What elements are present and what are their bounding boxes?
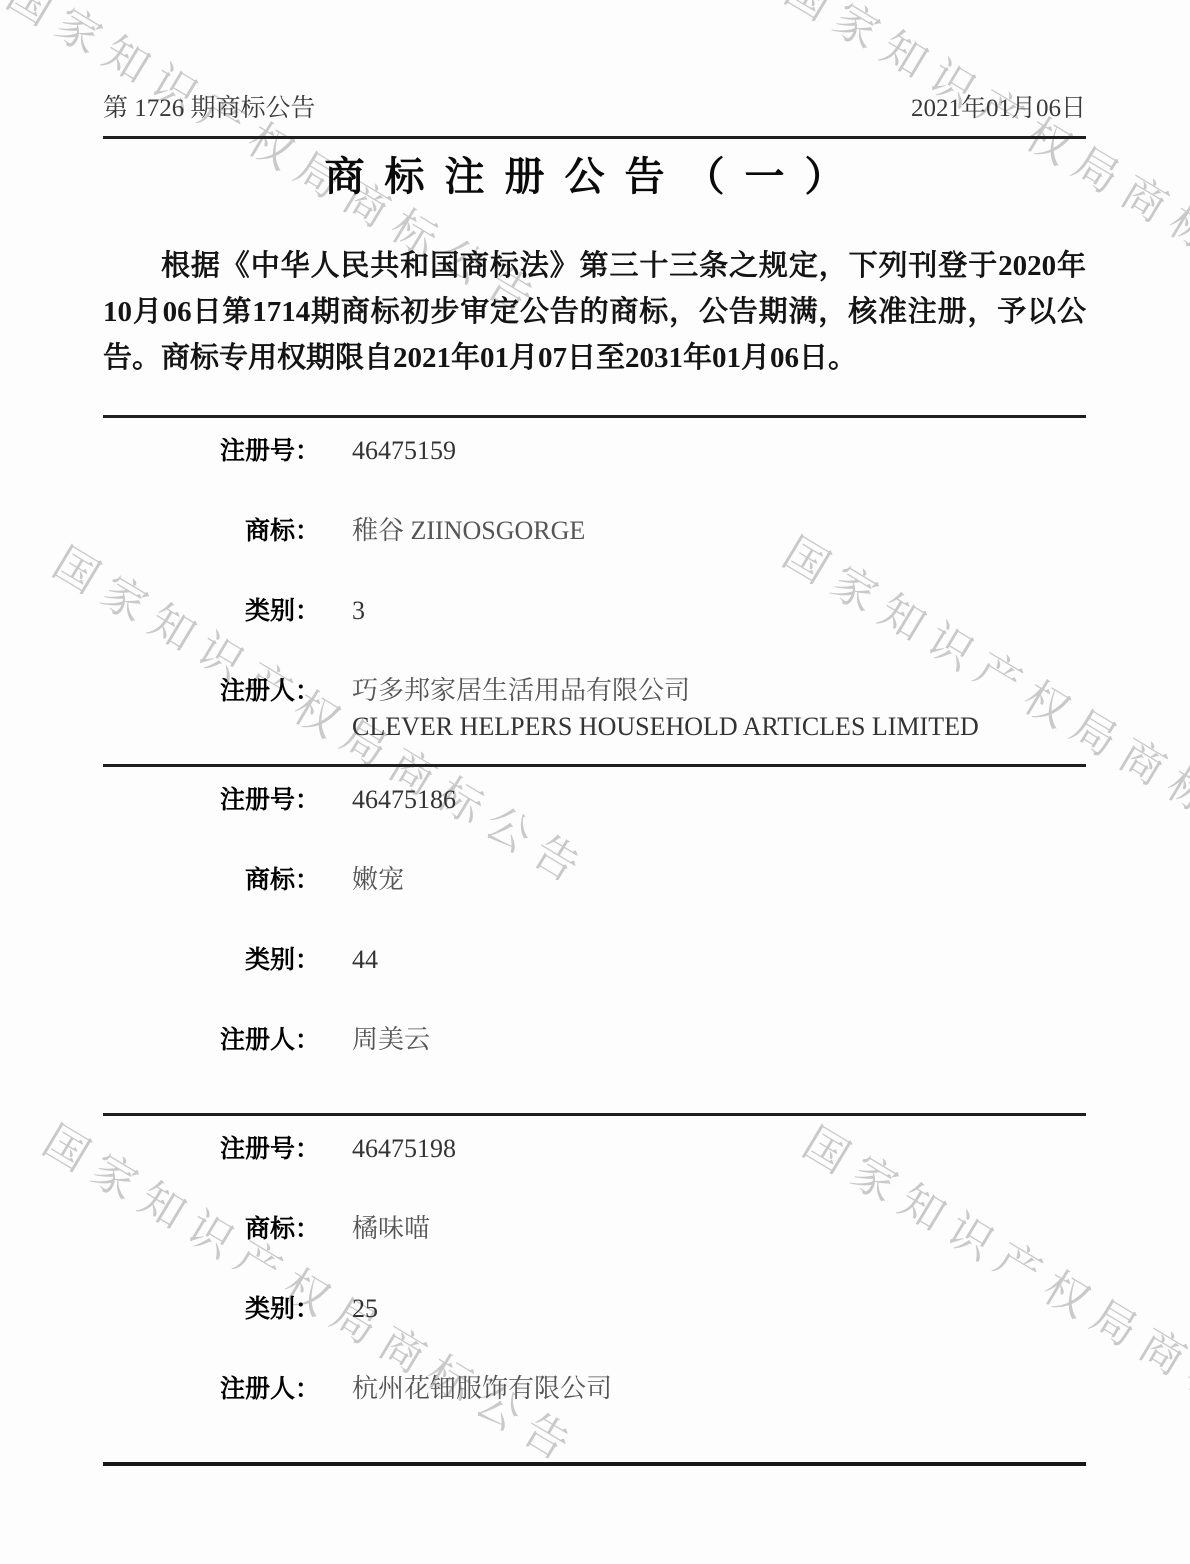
registrant-row: 注册人： 杭州花钿服饰有限公司 xyxy=(103,1372,1086,1462)
category-value: 25 xyxy=(352,1292,378,1372)
registrant-value: 周美云 xyxy=(352,1023,430,1113)
registration-number-label: 注册号： xyxy=(103,1132,320,1212)
registration-number-value: 46475198 xyxy=(352,1132,456,1212)
category-label: 类别： xyxy=(103,943,320,1023)
registration-number-label: 注册号： xyxy=(103,783,320,863)
header-rule xyxy=(103,136,1086,139)
issue-number: 第 1726 期商标公告 xyxy=(103,94,316,124)
registration-number-row: 注册号： 46475159 xyxy=(103,434,1086,514)
registration-number-value: 46475186 xyxy=(352,783,456,863)
category-value: 3 xyxy=(352,594,365,674)
category-label: 类别： xyxy=(103,594,320,674)
registration-number-row: 注册号： 46475198 xyxy=(103,1132,1086,1212)
registrant-label: 注册人： xyxy=(103,1023,320,1113)
trademark-row: 商标： 橘味喵 xyxy=(103,1212,1086,1292)
trademark-row: 商标： 稚谷 ZIINOSGORGE xyxy=(103,514,1086,594)
registrant-name-cn: 杭州花钿服饰有限公司 xyxy=(352,1372,612,1406)
intro-paragraph: 根据《中华人民共和国商标法》第三十三条之规定，下列刊登于2020年10月06日第… xyxy=(103,243,1086,381)
trademark-value: 稚谷 ZIINOSGORGE xyxy=(352,514,585,594)
page-content: 第 1726 期商标公告 2021年01月06日 商标注册公告（一） 根据《中华… xyxy=(103,0,1086,1466)
registration-number-row: 注册号： 46475186 xyxy=(103,783,1086,863)
trademark-entry: 注册号： 46475198 商标： 橘味喵 类别： 25 注册人： 杭州花钿服饰… xyxy=(103,1116,1086,1462)
trademark-label: 商标： xyxy=(103,1212,320,1292)
page-title: 商标注册公告（一） xyxy=(103,149,1086,205)
registrant-row: 注册人： 巧多邦家居生活用品有限公司 CLEVER HELPERS HOUSEH… xyxy=(103,674,1086,764)
registrant-name-cn: 周美云 xyxy=(352,1023,430,1057)
registrant-label: 注册人： xyxy=(103,1372,320,1462)
trademark-row: 商标： 嫩宠 xyxy=(103,863,1086,943)
trademark-entry: 注册号： 46475159 商标： 稚谷 ZIINOSGORGE 类别： 3 注… xyxy=(103,418,1086,764)
trademark-value: 橘味喵 xyxy=(352,1212,430,1292)
registrant-row: 注册人： 周美云 xyxy=(103,1023,1086,1113)
category-row: 类别： 3 xyxy=(103,594,1086,674)
registrant-label: 注册人： xyxy=(103,674,320,764)
masthead: 第 1726 期商标公告 2021年01月06日 xyxy=(103,0,1086,124)
trademark-label: 商标： xyxy=(103,514,320,594)
trademark-value: 嫩宠 xyxy=(352,863,404,943)
category-row: 类别： 25 xyxy=(103,1292,1086,1372)
registrant-value: 巧多邦家居生活用品有限公司 CLEVER HELPERS HOUSEHOLD A… xyxy=(352,674,979,764)
category-label: 类别： xyxy=(103,1292,320,1372)
category-value: 44 xyxy=(352,943,378,1023)
publication-date: 2021年01月06日 xyxy=(911,94,1086,124)
gazette-page: 国家知识产权局商标公告 国家知识产权局商标公告 国家知识产权局商标公告 国家知识… xyxy=(0,0,1190,1564)
registrant-value: 杭州花钿服饰有限公司 xyxy=(352,1372,612,1462)
registrant-name-cn: 巧多邦家居生活用品有限公司 xyxy=(352,674,979,708)
registration-number-value: 46475159 xyxy=(352,434,456,514)
trademark-entry: 注册号： 46475186 商标： 嫩宠 类别： 44 注册人： 周美云 xyxy=(103,767,1086,1113)
trademark-label: 商标： xyxy=(103,863,320,943)
registrant-name-en: CLEVER HELPERS HOUSEHOLD ARTICLES LIMITE… xyxy=(352,708,979,746)
registration-number-label: 注册号： xyxy=(103,434,320,514)
category-row: 类别： 44 xyxy=(103,943,1086,1023)
bottom-rule xyxy=(103,1462,1086,1466)
